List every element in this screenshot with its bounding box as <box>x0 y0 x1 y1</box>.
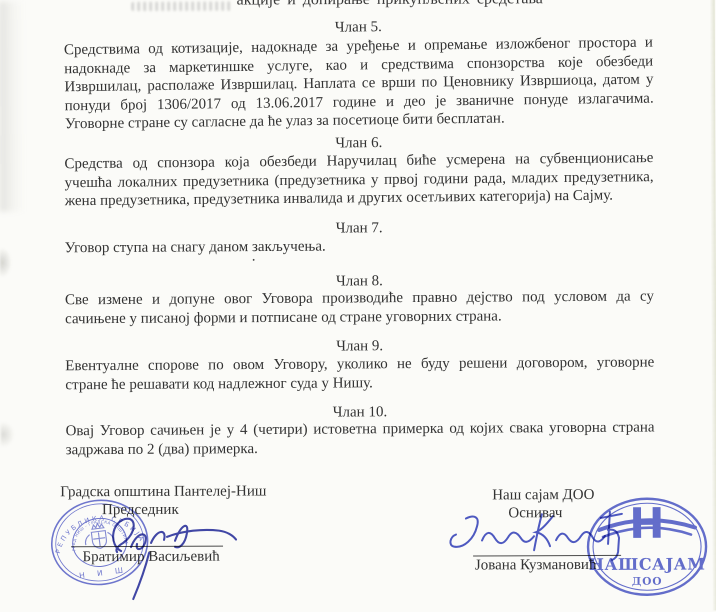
text-line: стране ће решавати код надлежног суда у … <box>65 372 654 394</box>
scanned-contract-page: { "page": { "background_color": "#fbfbf8… <box>0 0 716 612</box>
article-9-body: Евентуалне спорове по овом Уговору, укол… <box>65 353 654 394</box>
text-line: сачињене у писаној форми и потписане од … <box>65 306 654 328</box>
text-line: Уговор ступа на снагу даном закључења. <box>65 235 654 257</box>
stamp-company-suffix: ДОО <box>632 576 663 588</box>
handwritten-signature-right <box>438 504 638 577</box>
article-10-body: Овај Уговор сачињен је у 4 (четири) исто… <box>66 418 655 459</box>
text-line: Све измене и допуне овог Уговора произво… <box>65 287 654 309</box>
document-canvas: акције и допирање прикупљених средстава … <box>0 0 716 612</box>
article-7-body: Уговор ступа на снагу даном закључења. <box>65 235 654 257</box>
scan-smudge <box>0 1 26 211</box>
handwritten-signature-left <box>91 506 251 602</box>
stray-ink-dot: . <box>252 248 256 265</box>
text-line: Овај Уговор сачињен је у 4 (четири) исто… <box>66 418 655 440</box>
text-line: задржава по 2 (два) примерка. <box>66 437 655 459</box>
article-6-body: Средства од спонзора која обезбеди Наруч… <box>64 149 654 211</box>
scan-edge-line <box>710 0 716 610</box>
clipped-top-line: акције и допирање прикупљених средстава <box>237 0 543 10</box>
article-8-body: Све измене и допуне овог Уговора произво… <box>65 287 654 328</box>
text-line: Евентуалне спорове по овом Уговору, укол… <box>65 353 654 375</box>
scan-smudge <box>1 421 15 447</box>
blurred-text-fragment <box>132 2 234 11</box>
article-5-body: Средствима од котизације, надокнаде за у… <box>64 34 654 135</box>
scan-smudge <box>0 248 12 278</box>
